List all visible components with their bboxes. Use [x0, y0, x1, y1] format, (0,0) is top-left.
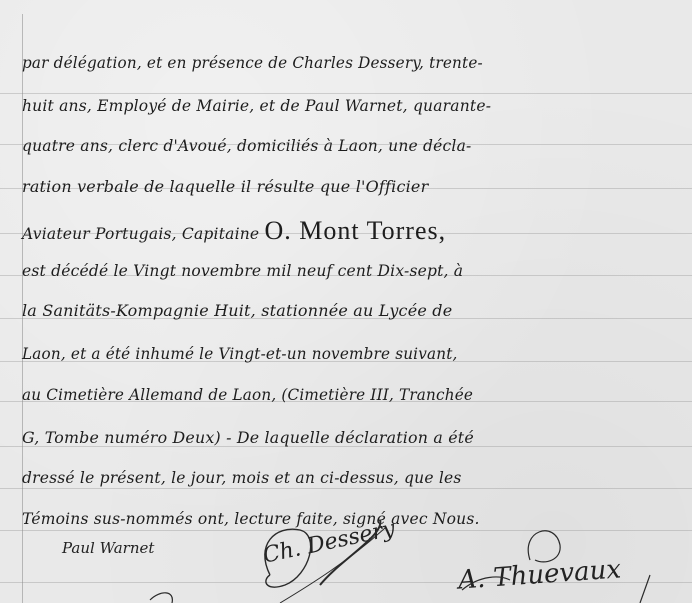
ruled-line: [0, 488, 692, 489]
text-line: la Sanitäts-Kompagnie Huit, stationnée a…: [22, 302, 452, 320]
text-line: G, Tombe numéro Deux) - De laquelle décl…: [22, 429, 474, 447]
text-line: est décédé le Vingt novembre mil neuf ce…: [22, 262, 463, 280]
text-line: par délégation, et en présence de Charle…: [22, 54, 483, 72]
signature-paul-warnet: Paul Warnet: [62, 539, 154, 557]
text-line: dressé le présent, le jour, mois et an c…: [22, 469, 462, 487]
ruled-line: [0, 93, 692, 94]
text-line: ration verbale de laquelle il résulte qu…: [22, 178, 428, 196]
text-line: Laon, et a été inhumé le Vingt-et-un nov…: [22, 345, 458, 363]
deceased-name: O. Mont Torres,: [264, 216, 446, 245]
document-page: par délégation, et en présence de Charle…: [0, 0, 692, 603]
text-line: huit ans, Employé de Mairie, et de Paul …: [22, 97, 491, 115]
text-line: au Cimetière Allemand de Laon, (Cimetièr…: [22, 386, 473, 404]
signature-officer: A. Thuevaux: [457, 554, 622, 595]
text-line: Aviateur Portugais, Capitaine O. Mont To…: [22, 216, 446, 246]
text-line: Témoins sus-nommés ont, lecture faite, s…: [22, 510, 480, 528]
text-line-segment: Aviateur Portugais, Capitaine: [22, 225, 259, 243]
text-line: quatre ans, clerc d'Avoué, domiciliés à …: [22, 137, 471, 155]
